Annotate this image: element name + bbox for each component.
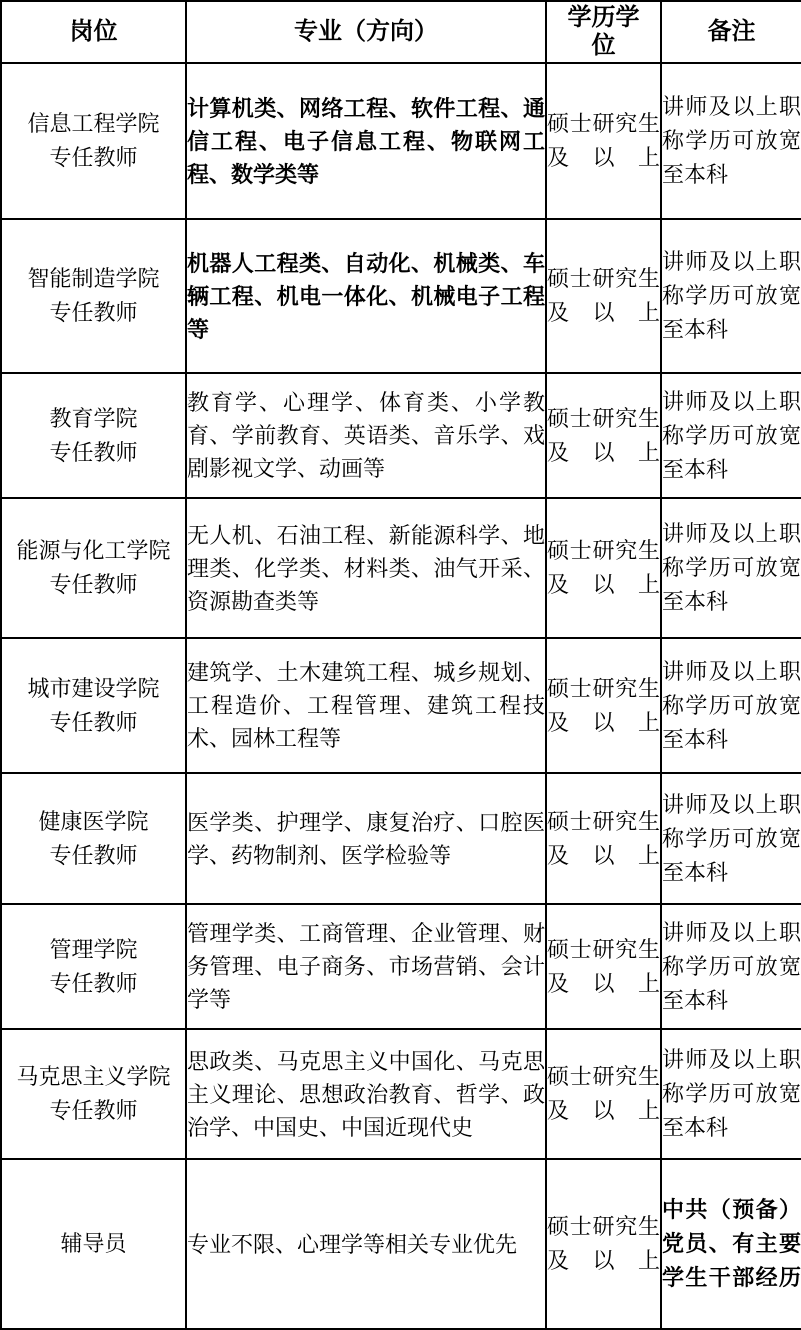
position-cell: 教育学院 专任教师 <box>1 373 186 498</box>
degree-cell: 硕士研究生及以上 <box>546 1029 661 1159</box>
note-cell: 讲师及以上职称学历可放宽至本科 <box>661 63 801 219</box>
table-row: 管理学院 专任教师 管理学类、工商管理、企业管理、财务管理、电子商务、市场营销、… <box>1 904 801 1029</box>
degree-cell: 硕士研究生及以上 <box>546 219 661 373</box>
position-cell: 健康医学院 专任教师 <box>1 773 186 904</box>
degree-cell: 硕士研究生及以上 <box>546 498 661 638</box>
recruitment-table-page: 岗位 专业（方向） 学历学 位 备注 信息工程学院 专任教师 计算机类、网络工程… <box>0 0 801 1328</box>
note-cell: 讲师及以上职称学历可放宽至本科 <box>661 373 801 498</box>
table-row: 健康医学院 专任教师 医学类、护理学、康复治疗、口腔医学、药物制剂、医学检验等 … <box>1 773 801 904</box>
position-cell: 城市建设学院 专任教师 <box>1 638 186 773</box>
major-cell: 教育学、心理学、体育类、小学教育、学前教育、英语类、音乐学、戏剧影视文学、动画等 <box>186 373 546 498</box>
degree-cell: 硕士研究生及以上 <box>546 904 661 1029</box>
header-degree: 学历学 位 <box>546 1 661 63</box>
major-cell: 专业不限、心理学等相关专业优先 <box>186 1159 546 1329</box>
recruitment-table: 岗位 专业（方向） 学历学 位 备注 信息工程学院 专任教师 计算机类、网络工程… <box>0 0 801 1330</box>
table-row: 能源与化工学院 专任教师 无人机、石油工程、新能源科学、地理类、化学类、材料类、… <box>1 498 801 638</box>
note-cell: 讲师及以上职称学历可放宽至本科 <box>661 638 801 773</box>
position-cell: 辅导员 <box>1 1159 186 1329</box>
major-cell: 建筑学、土木建筑工程、城乡规划、工程造价、工程管理、建筑工程技术、园林工程等 <box>186 638 546 773</box>
table-row: 城市建设学院 专任教师 建筑学、土木建筑工程、城乡规划、工程造价、工程管理、建筑… <box>1 638 801 773</box>
degree-cell: 硕士研究生及以上 <box>546 373 661 498</box>
note-cell: 讲师及以上职称学历可放宽至本科 <box>661 1029 801 1159</box>
note-cell: 讲师及以上职称学历可放宽至本科 <box>661 498 801 638</box>
table-row: 智能制造学院 专任教师 机器人工程类、自动化、机械类、车辆工程、机电一体化、机械… <box>1 219 801 373</box>
position-cell: 能源与化工学院 专任教师 <box>1 498 186 638</box>
major-cell: 机器人工程类、自动化、机械类、车辆工程、机电一体化、机械电子工程等 <box>186 219 546 373</box>
note-cell: 讲师及以上职称学历可放宽至本科 <box>661 904 801 1029</box>
major-cell: 医学类、护理学、康复治疗、口腔医学、药物制剂、医学检验等 <box>186 773 546 904</box>
header-note: 备注 <box>661 1 801 63</box>
note-cell: 讲师及以上职称学历可放宽至本科 <box>661 219 801 373</box>
header-major: 专业（方向） <box>186 1 546 63</box>
major-cell: 无人机、石油工程、新能源科学、地理类、化学类、材料类、油气开采、资源勘查类等 <box>186 498 546 638</box>
position-cell: 信息工程学院 专任教师 <box>1 63 186 219</box>
table-row: 辅导员 专业不限、心理学等相关专业优先 硕士研究生及以上 中共（预备）党员、有主… <box>1 1159 801 1329</box>
degree-cell: 硕士研究生及以上 <box>546 63 661 219</box>
note-cell: 讲师及以上职称学历可放宽至本科 <box>661 773 801 904</box>
position-cell: 马克思主义学院 专任教师 <box>1 1029 186 1159</box>
major-cell: 管理学类、工商管理、企业管理、财务管理、电子商务、市场营销、会计学等 <box>186 904 546 1029</box>
table-row: 教育学院 专任教师 教育学、心理学、体育类、小学教育、学前教育、英语类、音乐学、… <box>1 373 801 498</box>
position-cell: 智能制造学院 专任教师 <box>1 219 186 373</box>
note-cell: 中共（预备）党员、有主要学生干部经历 <box>661 1159 801 1329</box>
table-row: 马克思主义学院 专任教师 思政类、马克思主义中国化、马克思主义理论、思想政治教育… <box>1 1029 801 1159</box>
major-cell: 计算机类、网络工程、软件工程、通信工程、电子信息工程、物联网工程、数学类等 <box>186 63 546 219</box>
degree-cell: 硕士研究生及以上 <box>546 1159 661 1329</box>
major-cell: 思政类、马克思主义中国化、马克思主义理论、思想政治教育、哲学、政治学、中国史、中… <box>186 1029 546 1159</box>
degree-cell: 硕士研究生及以上 <box>546 773 661 904</box>
degree-cell: 硕士研究生及以上 <box>546 638 661 773</box>
position-cell: 管理学院 专任教师 <box>1 904 186 1029</box>
table-header-row: 岗位 专业（方向） 学历学 位 备注 <box>1 1 801 63</box>
header-position: 岗位 <box>1 1 186 63</box>
table-row: 信息工程学院 专任教师 计算机类、网络工程、软件工程、通信工程、电子信息工程、物… <box>1 63 801 219</box>
